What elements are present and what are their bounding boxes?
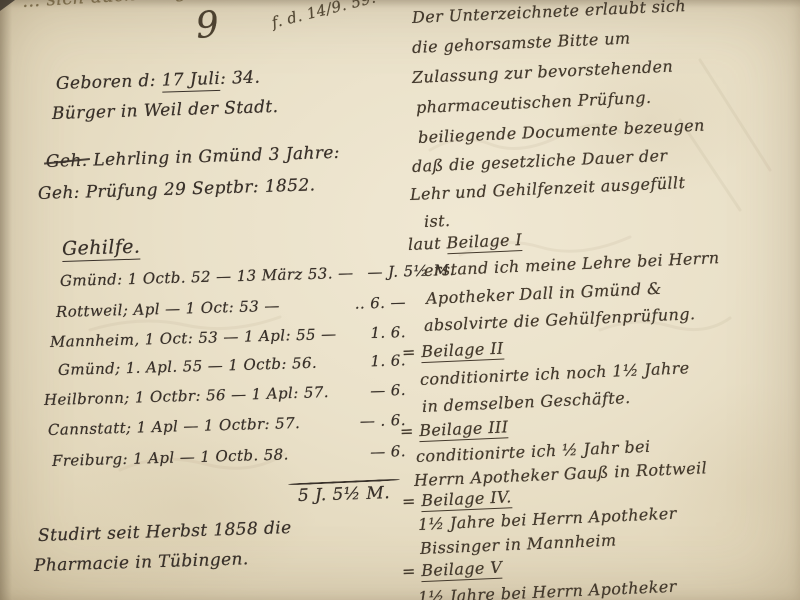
- service-entry: Mannheim, 1 Oct: 53 — 1 Apl: 55 —: [50, 325, 337, 351]
- exam-line: Geh: Prüfung 29 Septbr: 1852.: [38, 175, 316, 204]
- apprenticeship-line: Geh. Lehrling in Gmünd 3 Jahre:: [46, 143, 341, 172]
- service-row: Cannstatt; 1 Apl — 1 Octbr: 57. — . 6.: [48, 411, 406, 439]
- petition-line: die gehorsamste Bitte um: [412, 28, 631, 57]
- study-line-1: Studirt seit Herbst 1858 die: [38, 518, 292, 546]
- petition-line: in demselben Geschäfte.: [422, 388, 631, 416]
- service-duration: 1. 6.: [370, 323, 406, 342]
- assistants-heading: Gehilfe.: [62, 236, 141, 260]
- citizen-line: Bürger in Weil der Stadt.: [52, 97, 279, 124]
- service-duration: — 6.: [370, 381, 406, 400]
- petition-line: beiliegende Documente bezeugen: [418, 115, 705, 146]
- birth-line: Geboren d: 17 Juli: 34.: [56, 68, 261, 94]
- service-entry: Gmünd; 1. Apl. 55 — 1 Octb: 56.: [58, 354, 318, 379]
- petition-line: Zulassung zur bevorstehenden: [412, 57, 674, 87]
- beilage-heading-line: laut Beilage I: [408, 230, 523, 254]
- service-row: Heilbronn; 1 Octbr: 56 — 1 Apl: 57. — 6.: [44, 381, 406, 409]
- petition-line: conditionirte ich noch 1½ Jahre: [420, 358, 690, 389]
- petition-line: Apotheker Dall in Gmünd &: [426, 279, 662, 308]
- service-entry: Heilbronn; 1 Octbr: 56 — 1 Apl: 57.: [44, 383, 329, 409]
- petition-line: ist.: [424, 211, 451, 231]
- service-row: Gmünd: 1 Octb. 52 — 13 März 53. — — J. 5…: [60, 262, 406, 290]
- petition-line: absolvirte die Gehülfenprüfung.: [424, 304, 696, 335]
- petition-line: Bissinger in Mannheim: [420, 530, 617, 558]
- petition-line: pharmaceutischen Prüfung.: [416, 88, 652, 117]
- assistants-heading-label: Gehilfe.: [62, 236, 141, 262]
- beilage-prefix: =: [402, 342, 417, 362]
- beilage-heading-line: = Beilage III: [400, 417, 509, 441]
- service-row: Rottweil; Apl — 1 Oct: 53 — .. 6. —: [56, 293, 406, 321]
- struck-word: Geh.: [46, 151, 88, 172]
- beilage-label: Beilage III: [419, 417, 509, 442]
- beilage-label: Beilage I: [446, 230, 523, 254]
- beilage-heading-line: = Beilage II: [402, 339, 504, 362]
- beilage-prefix: =: [402, 561, 417, 581]
- beilage-prefix: =: [400, 421, 415, 441]
- birth-suffix: : 34.: [220, 68, 261, 89]
- page-number: 9: [194, 4, 221, 47]
- service-row: Freiburg: 1 Apl — 1 Octb. 58. — 6.: [52, 442, 406, 470]
- birth-prefix: Geboren d:: [56, 71, 157, 94]
- service-duration: — 6.: [370, 442, 406, 461]
- manuscript-page: … sich auch ausgewiesen. 9 f. d. 14/9. 5…: [0, 0, 800, 600]
- birth-date: 17 Juli: [161, 69, 220, 93]
- service-duration: 1. 6.: [370, 351, 406, 370]
- apprenticeship-text: Lehrling in Gmünd 3 Jahre:: [93, 143, 340, 171]
- study-line-2: Pharmacie in Tübingen.: [34, 549, 249, 576]
- service-entry: Cannstatt; 1 Apl — 1 Octbr: 57.: [48, 414, 301, 439]
- service-total: 5 J. 5½ M.: [298, 483, 391, 506]
- service-duration: .. 6. —: [354, 293, 406, 312]
- beilage-heading-line: = Beilage V: [402, 558, 503, 581]
- petition-line: Lehr und Gehilfenzeit ausgefüllt: [410, 173, 686, 204]
- service-row: Gmünd; 1. Apl. 55 — 1 Octb: 56. 1. 6.: [58, 351, 406, 379]
- beilage-prefix: laut: [408, 234, 442, 254]
- paper-edge-shadow: [0, 0, 12, 600]
- service-row: Mannheim, 1 Oct: 53 — 1 Apl: 55 — 1. 6.: [50, 323, 406, 351]
- service-entry: Rottweil; Apl — 1 Oct: 53 —: [56, 297, 280, 321]
- service-entry: Gmünd: 1 Octb. 52 — 13 März 53. —: [60, 264, 354, 290]
- beilage-prefix: =: [402, 491, 417, 511]
- beilage-label: Beilage II: [421, 339, 504, 364]
- petition-line: daß die gesetzliche Dauer der: [412, 146, 668, 176]
- beilage-label: Beilage V: [421, 558, 503, 583]
- beilage-label: Beilage IV.: [421, 487, 512, 512]
- beilage-heading-line: = Beilage IV.: [402, 487, 512, 511]
- paper-stain: [650, 380, 800, 600]
- service-entry: Freiburg: 1 Apl — 1 Octb. 58.: [52, 445, 289, 470]
